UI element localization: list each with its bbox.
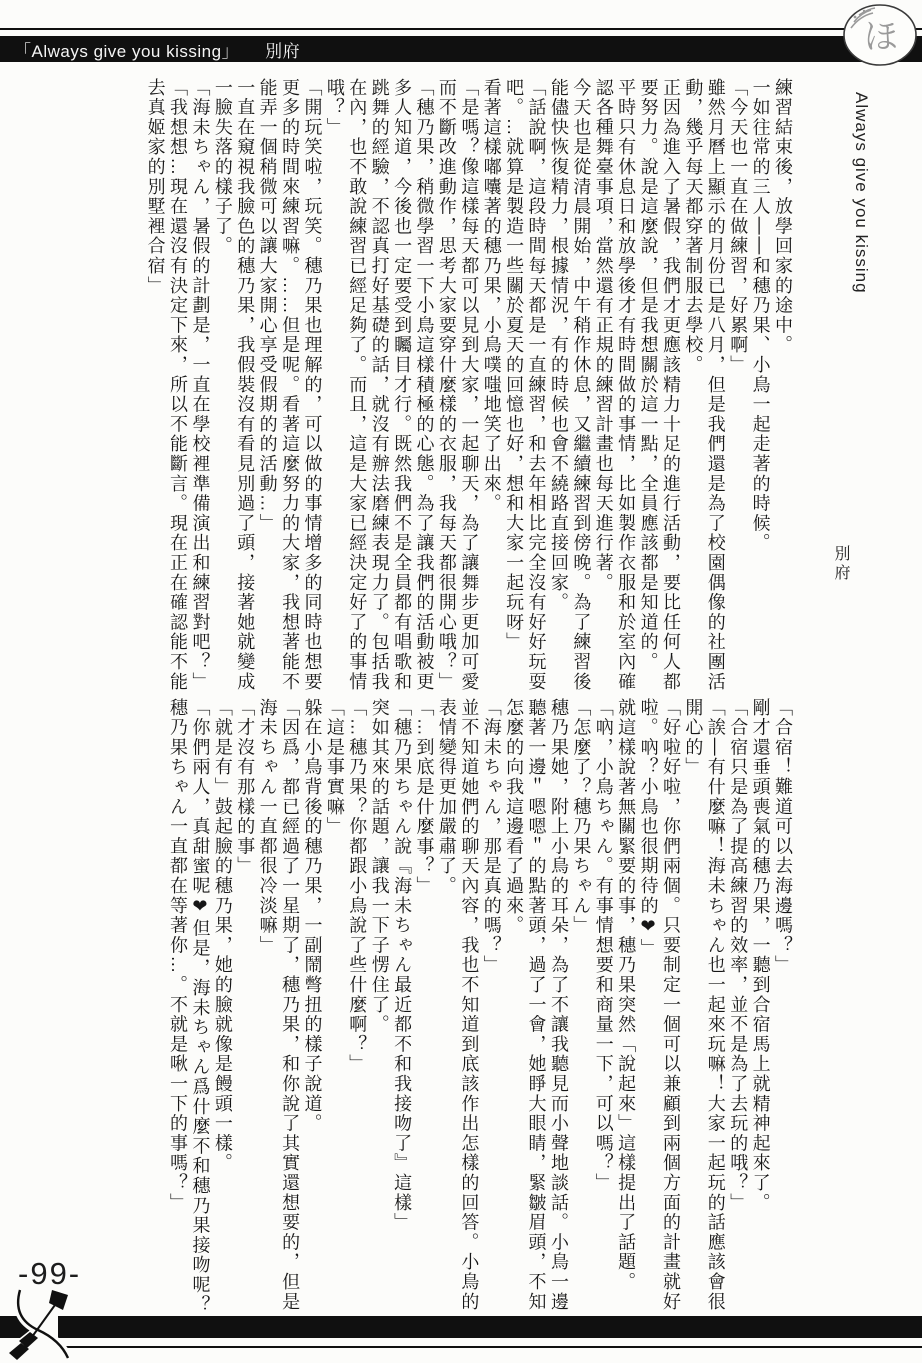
paragraph: 「怎麼了？穗乃果ちゃん」 bbox=[570, 698, 592, 1316]
paragraph: 「今天也一直在做練習，好累啊」 bbox=[727, 78, 749, 696]
stamp-character: ほ bbox=[864, 18, 898, 56]
paragraph: 「因爲，都已經過了一星期了，穗乃果，和你說了其實還想要的，但是海未ちゃん一直都很… bbox=[256, 698, 301, 1316]
paragraph: 「這是事實嘛」 bbox=[323, 698, 345, 1316]
paragraph: 一如往常的三人——和穗乃果、小鳥一起走著的時候。 bbox=[749, 78, 771, 696]
bottom-decoration bbox=[0, 1270, 922, 1363]
paragraph: 正因為進入了暑假，我們才更應該精力十足的進行活動，要比任何人都要努力。說是這麼說… bbox=[637, 78, 682, 696]
paragraph: 平時只有休息日和放學後才有時間做的事情，比如製作衣服和於室內確認各種舞臺事項，當… bbox=[592, 78, 637, 696]
paragraph: 雖然月曆上顯示的月份已是八月，但是我們還是為了校園偶像的社團活動，幾乎每天都穿著… bbox=[682, 78, 727, 696]
paragraph: 「海未ちゃん，暑假的計劃是，一直在學校裡準備演出和練習對吧？」 bbox=[189, 78, 211, 696]
paragraph: 「你們兩人，真甜蜜呢❤但是，海未ちゃん爲什麼不和穗乃果接吻呢？穗乃果ちゃん一直都… bbox=[167, 698, 212, 1316]
paragraph: 「合宿！難道可以去海邊嗎？」 bbox=[772, 698, 794, 1316]
side-title-english: Always give you kissing bbox=[851, 92, 871, 294]
paragraph: 練習結束後，放學回家的途中。 bbox=[772, 78, 794, 696]
paragraph: 「海未ちゃん，那是真的嗎？」 bbox=[480, 698, 502, 1316]
corner-stamp: ほ bbox=[840, 2, 920, 70]
paragraph: 「好啦好啦，你們兩個。只要制定一個可以兼顧到兩個方面的計畫就好啦。吶？小鳥也很期… bbox=[637, 698, 682, 1316]
top-rule bbox=[0, 28, 922, 30]
paragraph: 「穗乃果ちゃん說『海未ちゃん最近都不和我接吻了』這樣」 bbox=[391, 698, 413, 1316]
paragraph: 「…穗乃果？你都跟小鳥說了些什麼啊？」 bbox=[346, 698, 368, 1316]
paragraph: 就這樣說著無關緊要的事，穗乃果突然「說起來」這樣提出了話題。 bbox=[615, 698, 637, 1316]
stamp-circle-icon: ほ bbox=[840, 2, 920, 70]
story-text-bottom-block: 「合宿！難道可以去海邊嗎？」剛才還垂頭喪氣的穗乃果，一聽到合宿馬上就精神起來了。… bbox=[130, 698, 794, 1316]
paragraph: 穗乃果她，附上小鳥的耳朵，為了不讓我聽見而小聲地談話。小鳥一邊聽著一邊＂嗯嗯＂的… bbox=[503, 698, 570, 1316]
paragraph: 剛才還垂頭喪氣的穗乃果，一聽到合宿馬上就精神起來了。 bbox=[749, 698, 771, 1316]
paragraph: 「合宿只是為了提高練習的效率，並不是為了去玩的哦？」 bbox=[727, 698, 749, 1316]
paragraph: 今天也是從清晨開始，中午稍作休息，又繼續練習到傍晚。為了練習後能儘快恢復精力，根… bbox=[548, 78, 593, 696]
paragraph: 「開玩笑啦，玩笑。穗乃果也理解的，可以做的事情增多的同時也想要更多的時間來練習嘛… bbox=[256, 78, 323, 696]
arrow-head-icon bbox=[49, 1290, 68, 1310]
paragraph: 「就是有」鼓起臉的穗乃果，她的臉就像是饅頭一樣。 bbox=[211, 698, 233, 1316]
paragraph: 「誒—有什麼嘛！海未ちゃん也一起來玩嘛！大家一起玩的話應該會很開心的」 bbox=[682, 698, 727, 1316]
bottom-bar bbox=[58, 1316, 922, 1338]
paragraph: 「才沒有那樣的事」 bbox=[234, 698, 256, 1316]
paragraph: 躲在小鳥背後的穗乃果，一副鬧彆扭的樣子說道。 bbox=[301, 698, 323, 1316]
paragraph: 「…到底是什麼事？」 bbox=[413, 698, 435, 1316]
header-title: 「Always give you kissing」 bbox=[14, 37, 239, 62]
paragraph: 一直在窺視我臉色的穗乃果，我假裝沒有看見別過了頭，接著她就變成一臉失落的樣子了。 bbox=[211, 78, 256, 696]
header-bar: 「Always give you kissing」 別府 bbox=[0, 36, 922, 62]
paragraph: 突如其來的話題，讓我一下子愣住了。 bbox=[368, 698, 390, 1316]
bottom-thin-rule bbox=[58, 1346, 922, 1348]
paragraph: 看著這樣嘟囔著的穗乃果，小鳥噗嗤地笑了出來。 bbox=[480, 78, 502, 696]
paragraph: 「話說啊，這段時間每天都是一直練習，和去年相比完全沒有好好玩耍吧。…就算是製造一… bbox=[503, 78, 548, 696]
paragraph: 「是嗎？像這樣每天都可以見到大家，一起聊天，為了讓舞步更加可愛而不斷改進動作，思… bbox=[436, 78, 481, 696]
paragraph: 「穗乃果，稍微學習一下小鳥這樣積極的心態。為了讓我們的活動被更多人知道，今後也一… bbox=[323, 78, 435, 696]
paragraph: 「我想想…現在還沒有決定下來，所以不能斷言。現在正在確認能不能去真姬家的別墅裡合… bbox=[144, 78, 189, 696]
paragraph: 「吶，小鳥ちゃん。有事情想要和商量一下，可以嗎？」 bbox=[592, 698, 614, 1316]
paragraph: 並不知道她們的聊天內容，我也不知道到底該作出怎樣的回答。小鳥的表情變得更加嚴肅了… bbox=[436, 698, 481, 1316]
story-text-top-block: 練習結束後，放學回家的途中。一如往常的三人——和穗乃果、小鳥一起走著的時候。「今… bbox=[130, 78, 794, 696]
side-author: 別府 bbox=[829, 545, 852, 583]
header-author: 別府 bbox=[265, 37, 300, 62]
